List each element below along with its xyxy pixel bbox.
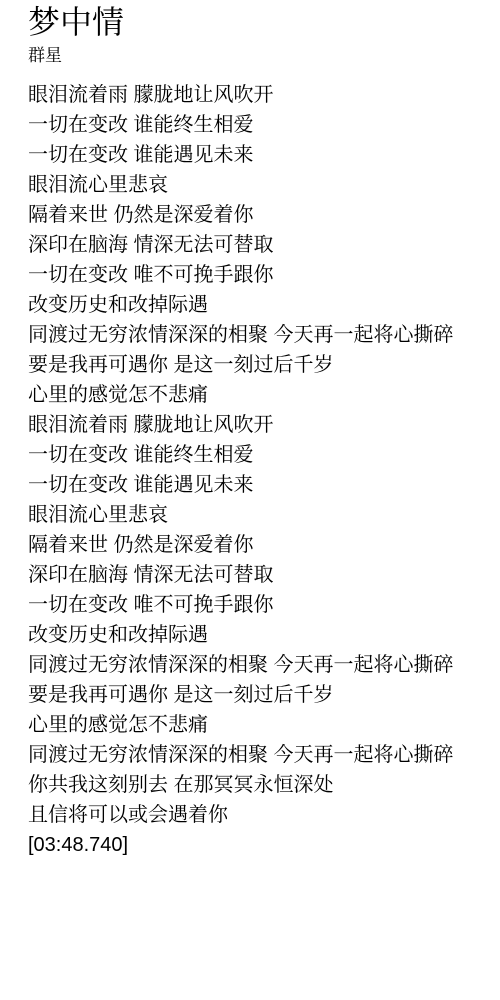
- lyric-line: 要是我再可遇你 是这一刻过后千岁: [28, 680, 480, 710]
- lyric-line: 改变历史和改掉际遇: [28, 620, 480, 650]
- lyric-line: 一切在变改 唯不可挽手跟你: [28, 260, 480, 290]
- lyric-line: 且信将可以或会遇着你: [28, 800, 480, 830]
- lyric-line: 深印在脑海 情深无法可替取: [28, 560, 480, 590]
- lyric-line: 眼泪流心里悲哀: [28, 170, 480, 200]
- lyric-line: 隔着来世 仍然是深爱着你: [28, 200, 480, 230]
- lyrics-page: 梦中情 群星 眼泪流着雨 朦胧地让风吹开一切在变改 谁能终生相爱一切在变改 谁能…: [0, 0, 500, 860]
- lyric-line: 同渡过无穷浓情深深的相聚 今天再一起将心撕碎: [28, 740, 480, 770]
- lyric-line: 同渡过无穷浓情深深的相聚 今天再一起将心撕碎: [28, 320, 480, 350]
- lyric-line: 改变历史和改掉际遇: [28, 290, 480, 320]
- song-title: 梦中情: [28, 2, 480, 42]
- lyric-line: 一切在变改 谁能终生相爱: [28, 440, 480, 470]
- lyric-line: 隔着来世 仍然是深爱着你: [28, 530, 480, 560]
- lyric-line: 心里的感觉怎不悲痛: [28, 380, 480, 410]
- lyric-line: 眼泪流着雨 朦胧地让风吹开: [28, 410, 480, 440]
- timestamp: [03:48.740]: [28, 830, 480, 860]
- lyric-line: 同渡过无穷浓情深深的相聚 今天再一起将心撕碎: [28, 650, 480, 680]
- artist-name: 群星: [28, 44, 480, 68]
- lyric-line: 你共我这刻别去 在那冥冥永恒深处: [28, 770, 480, 800]
- lyric-line: 一切在变改 唯不可挽手跟你: [28, 590, 480, 620]
- lyric-line: 心里的感觉怎不悲痛: [28, 710, 480, 740]
- lyric-line: 要是我再可遇你 是这一刻过后千岁: [28, 350, 480, 380]
- lyric-line: 眼泪流着雨 朦胧地让风吹开: [28, 80, 480, 110]
- lyric-line: 深印在脑海 情深无法可替取: [28, 230, 480, 260]
- lyric-line: 一切在变改 谁能遇见未来: [28, 140, 480, 170]
- lyric-line: 一切在变改 谁能遇见未来: [28, 470, 480, 500]
- lyric-line: 眼泪流心里悲哀: [28, 500, 480, 530]
- lyrics-list: 眼泪流着雨 朦胧地让风吹开一切在变改 谁能终生相爱一切在变改 谁能遇见未来眼泪流…: [28, 80, 480, 830]
- lyric-line: 一切在变改 谁能终生相爱: [28, 110, 480, 140]
